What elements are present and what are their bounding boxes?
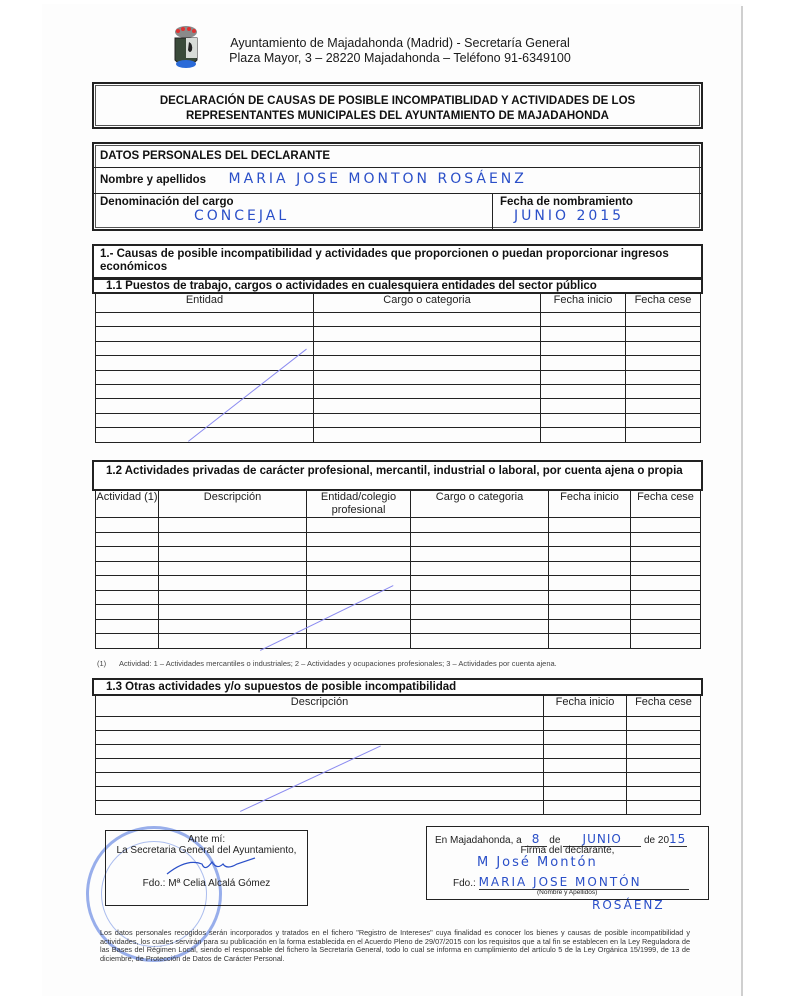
table-cell[interactable] <box>96 370 314 384</box>
table-cell[interactable] <box>96 413 314 427</box>
table-cell[interactable] <box>96 561 159 576</box>
table-row <box>96 787 701 801</box>
section-1-2-heading: 1.2 Actividades privadas de carácter pro… <box>92 460 703 491</box>
table-cell[interactable] <box>307 576 411 591</box>
table-cell[interactable] <box>631 576 701 591</box>
fdo-line: Fdo.: MARIA JOSE MONTÓN <box>453 875 689 890</box>
column-header: Entidad/colegio profesional <box>307 490 411 518</box>
table-cell[interactable] <box>96 731 544 745</box>
table-cell[interactable] <box>314 313 541 327</box>
table-cell[interactable] <box>307 561 411 576</box>
table-cell[interactable] <box>541 327 626 341</box>
table-row <box>96 384 701 398</box>
table-cell[interactable] <box>159 532 307 547</box>
table-cell[interactable] <box>307 518 411 533</box>
table-row <box>96 745 701 759</box>
fecha-nombramiento-field[interactable]: JUNIO 2015 <box>494 208 699 224</box>
secretary-title: La Secretaria General del Ayuntamiento, <box>106 845 307 856</box>
table-cell[interactable] <box>411 547 549 562</box>
footnote-mark: (1) <box>97 659 119 668</box>
table-cell[interactable] <box>631 518 701 533</box>
footnote-text: Actividad: 1 – Actividades mercantiles o… <box>119 659 557 668</box>
coat-of-arms-icon <box>172 24 200 74</box>
table-cell[interactable] <box>314 399 541 413</box>
table-cell[interactable] <box>307 634 411 649</box>
personal-data-heading: DATOS PERSONALES DEL DECLARANTE <box>94 150 330 162</box>
table-cell[interactable] <box>631 590 701 605</box>
table-cell[interactable] <box>96 399 314 413</box>
declarant-signature-box: En Majadahonda, a 8 de JUNIO de 2015 Fir… <box>426 826 709 900</box>
table-cell[interactable] <box>307 532 411 547</box>
table-cell[interactable] <box>96 605 159 620</box>
table-row <box>96 356 701 370</box>
table-cell[interactable] <box>541 370 626 384</box>
table-cell[interactable] <box>544 731 627 745</box>
cargo-label: Denominación del cargo <box>94 194 492 208</box>
table-1-1: EntidadCargo o categoriaFecha inicioFech… <box>95 292 701 443</box>
privacy-notice: Los datos personales recogidos serán inc… <box>100 929 690 963</box>
table-cell[interactable] <box>307 619 411 634</box>
table-cell[interactable] <box>627 717 701 731</box>
column-header: Fecha inicio <box>541 293 626 313</box>
page-edge <box>741 6 743 996</box>
table-cell[interactable] <box>541 399 626 413</box>
table-row <box>96 619 701 634</box>
table-cell[interactable] <box>626 370 701 384</box>
cargo-field[interactable]: CONCEJAL <box>94 208 492 224</box>
fecha-nombramiento-label: Fecha de nombramiento <box>494 194 699 208</box>
table-cell[interactable] <box>96 428 314 442</box>
table-cell[interactable] <box>626 341 701 355</box>
personal-data-heading-row: DATOS PERSONALES DEL DECLARANTE <box>94 144 701 168</box>
table-row <box>96 773 701 787</box>
table-cell[interactable] <box>627 731 701 745</box>
table-cell[interactable] <box>631 547 701 562</box>
table-cell[interactable] <box>544 801 627 815</box>
table-cell[interactable] <box>626 399 701 413</box>
table-cell[interactable] <box>549 547 631 562</box>
table-cell[interactable] <box>549 561 631 576</box>
fdo-name-continuation: ROSÁENZ <box>592 898 665 912</box>
table-cell[interactable] <box>411 590 549 605</box>
table-header-row: DescripciónFecha inicioFecha cese <box>96 695 701 717</box>
table-row <box>96 634 701 649</box>
secretary-signature <box>157 856 257 878</box>
table-cell[interactable] <box>549 634 631 649</box>
table-cell[interactable] <box>544 717 627 731</box>
fdo-name-field[interactable]: MARIA JOSE MONTÓN <box>479 875 689 890</box>
table-cell[interactable] <box>549 590 631 605</box>
table-cell[interactable] <box>307 605 411 620</box>
table-cell[interactable] <box>549 532 631 547</box>
table-row <box>96 341 701 355</box>
table-cell[interactable] <box>314 356 541 370</box>
table-cell[interactable] <box>627 773 701 787</box>
table-cell[interactable] <box>96 745 544 759</box>
table-cell[interactable] <box>314 327 541 341</box>
secretary-signature-box: Ante mí: La Secretaria General del Ayunt… <box>105 830 308 906</box>
name-row: Nombre y apellidos MARIA JOSE MONTON ROS… <box>94 168 701 194</box>
table-cell[interactable] <box>549 619 631 634</box>
table-1-2: Actividad (1)DescripciónEntidad/colegio … <box>95 489 701 649</box>
table-cell[interactable] <box>314 428 541 442</box>
table-cell[interactable] <box>631 605 701 620</box>
table-row <box>96 313 701 327</box>
column-header: Fecha inicio <box>549 490 631 518</box>
table-row <box>96 532 701 547</box>
table-cell[interactable] <box>411 532 549 547</box>
table-cell[interactable] <box>549 605 631 620</box>
table-row <box>96 717 701 731</box>
column-header: Fecha inicio <box>544 695 627 717</box>
header-line-2: Plaza Mayor, 3 – 28220 Majadahonda – Tel… <box>210 51 590 66</box>
table-cell[interactable] <box>307 547 411 562</box>
table-cell[interactable] <box>159 634 307 649</box>
column-header: Fecha cese <box>626 293 701 313</box>
table-cell[interactable] <box>541 356 626 370</box>
fecha-nombramiento-cell: Fecha de nombramiento JUNIO 2015 <box>494 194 699 229</box>
table-cell[interactable] <box>159 619 307 634</box>
table-cell[interactable] <box>411 561 549 576</box>
table-cell[interactable] <box>96 576 159 591</box>
table-cell[interactable] <box>96 313 314 327</box>
table-row <box>96 576 701 591</box>
table-cell[interactable] <box>96 634 159 649</box>
table-cell[interactable] <box>544 745 627 759</box>
table-1-3: DescripciónFecha inicioFecha cese <box>95 694 701 815</box>
table-row <box>96 413 701 427</box>
table-cell[interactable] <box>411 634 549 649</box>
column-header: Actividad (1) <box>96 490 159 518</box>
table-row <box>96 801 701 815</box>
table-cell[interactable] <box>541 313 626 327</box>
table-row <box>96 428 701 442</box>
cargo-cell: Denominación del cargo CONCEJAL <box>94 194 493 229</box>
table-cell[interactable] <box>96 518 159 533</box>
column-header: Entidad <box>96 293 314 313</box>
table-cell[interactable] <box>549 576 631 591</box>
table-cell[interactable] <box>411 605 549 620</box>
table-cell[interactable] <box>96 759 544 773</box>
title-line-2: REPRESENTANTES MUNICIPALES DEL AYUNTAMIE… <box>94 109 701 124</box>
name-field[interactable]: MARIA JOSE MONTON ROSÁENZ <box>229 171 527 187</box>
table-cell[interactable] <box>626 384 701 398</box>
table-row <box>96 590 701 605</box>
table-cell[interactable] <box>314 370 541 384</box>
table-cell[interactable] <box>96 532 159 547</box>
declarant-signature[interactable]: M José Montón <box>477 855 598 870</box>
column-header: Cargo o categoria <box>314 293 541 313</box>
table-cell[interactable] <box>96 547 159 562</box>
fdo-hint: (Nombre y Apellidos) <box>537 889 597 896</box>
column-header: Descripción <box>159 490 307 518</box>
table-cell[interactable] <box>411 518 549 533</box>
table-cell[interactable] <box>96 619 159 634</box>
secretary-name: Fdo.: Mª Celia Alcalá Gómez <box>106 878 307 889</box>
table-cell[interactable] <box>627 787 701 801</box>
table-row <box>96 731 701 745</box>
table-cell[interactable] <box>544 773 627 787</box>
table-cell[interactable] <box>541 341 626 355</box>
table-cell[interactable] <box>627 745 701 759</box>
footnote: (1)Actividad: 1 – Actividades mercantile… <box>97 659 557 668</box>
table-cell[interactable] <box>411 576 549 591</box>
ante-mi-label: Ante mí: <box>106 834 307 845</box>
table-cell[interactable] <box>631 634 701 649</box>
table-cell[interactable] <box>631 561 701 576</box>
document-title: DECLARACIÓN DE CAUSAS DE POSIBLE INCOMPA… <box>92 82 703 129</box>
table-row <box>96 518 701 533</box>
table-cell[interactable] <box>626 428 701 442</box>
table-cell[interactable] <box>159 605 307 620</box>
table-cell[interactable] <box>159 547 307 562</box>
personal-data-section: DATOS PERSONALES DEL DECLARANTE Nombre y… <box>92 142 703 231</box>
section-1-heading: 1.- Causas de posible incompatibilidad y… <box>92 244 703 279</box>
table-row <box>96 561 701 576</box>
table-cell[interactable] <box>627 759 701 773</box>
table-cell[interactable] <box>544 787 627 801</box>
table-cell[interactable] <box>626 327 701 341</box>
table-cell[interactable] <box>314 413 541 427</box>
title-line-1: DECLARACIÓN DE CAUSAS DE POSIBLE INCOMPA… <box>94 94 701 109</box>
header-text: Ayuntamiento de Majadahonda (Madrid) - S… <box>210 36 590 66</box>
table-cell[interactable] <box>544 759 627 773</box>
table-cell[interactable] <box>631 532 701 547</box>
table-cell[interactable] <box>631 619 701 634</box>
table-cell[interactable] <box>314 341 541 355</box>
table-cell[interactable] <box>626 413 701 427</box>
table-cell[interactable] <box>314 384 541 398</box>
table-cell[interactable] <box>96 590 159 605</box>
column-header: Descripción <box>96 695 544 717</box>
table-cell[interactable] <box>541 428 626 442</box>
header-line-1: Ayuntamiento de Majadahonda (Madrid) - S… <box>210 36 590 51</box>
table-cell[interactable] <box>96 801 544 815</box>
table-cell[interactable] <box>96 787 544 801</box>
table-row <box>96 370 701 384</box>
table-header-row: EntidadCargo o categoriaFecha inicioFech… <box>96 293 701 313</box>
table-row <box>96 327 701 341</box>
table-cell[interactable] <box>626 313 701 327</box>
table-cell[interactable] <box>159 576 307 591</box>
fdo-label: Fdo.: <box>453 878 476 889</box>
column-header: Fecha cese <box>631 490 701 518</box>
table-cell[interactable] <box>159 561 307 576</box>
table-row <box>96 605 701 620</box>
table-cell[interactable] <box>96 341 314 355</box>
column-header: Fecha cese <box>627 695 701 717</box>
table-cell[interactable] <box>541 413 626 427</box>
table-cell[interactable] <box>627 801 701 815</box>
table-cell[interactable] <box>549 518 631 533</box>
table-cell[interactable] <box>159 518 307 533</box>
table-cell[interactable] <box>626 356 701 370</box>
table-cell[interactable] <box>541 384 626 398</box>
table-cell[interactable] <box>96 384 314 398</box>
table-cell[interactable] <box>96 327 314 341</box>
table-header-row: Actividad (1)DescripciónEntidad/colegio … <box>96 490 701 518</box>
table-row <box>96 399 701 413</box>
table-row <box>96 759 701 773</box>
table-cell[interactable] <box>411 619 549 634</box>
table-cell[interactable] <box>96 717 544 731</box>
table-row <box>96 547 701 562</box>
name-label: Nombre y apellidos <box>94 174 206 186</box>
column-header: Cargo o categoria <box>411 490 549 518</box>
table-cell[interactable] <box>159 590 307 605</box>
